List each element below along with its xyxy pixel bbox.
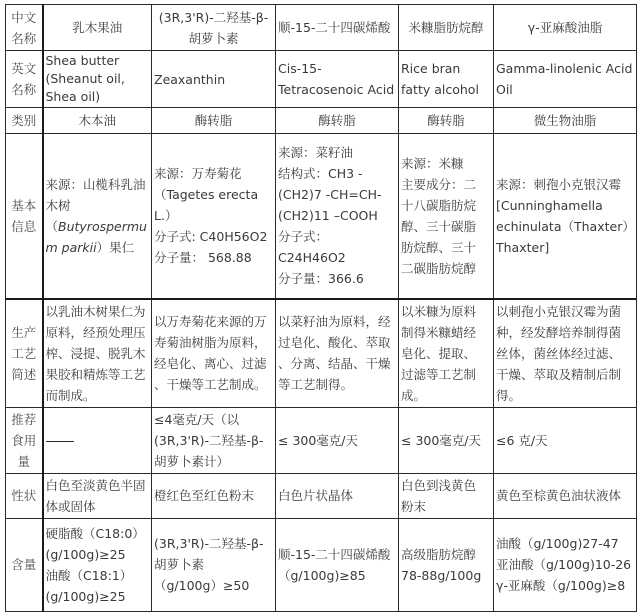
cell-line: 橙红色至红色粉末 [154, 485, 273, 506]
cell-line: 成。 [401, 385, 491, 406]
new-food-ingredients-table-wrapper: 中文 名称 乳木果油 (3R,3'R)-二羟基-β- 胡萝卜素 顺-15-二十四… [5, 4, 637, 604]
cell-gla-category: 微生物油脂 [494, 108, 637, 134]
cell-zeaxanthin-chinese-name: (3R,3'R)-二羟基-β- 胡萝卜素 [152, 5, 276, 51]
cell-line: 木树 [46, 195, 150, 216]
label-line: 名称 [7, 28, 41, 49]
cell-line: (3R,3'R)-二羟基-β- [154, 7, 273, 28]
row-basic-info: 基本 信息 来源：山榄科乳油 木树 （Butyrospermu m parkii… [6, 134, 637, 299]
row-label-process: 生产 工艺 简述 [6, 299, 43, 408]
cell-ricebran-process: 以米糠为原料 制得米糠蜡经 皂化、提取、 过滤等工艺制 成。 [399, 299, 494, 408]
row-english-name: 英文 名称 Shea butter (Sheanut oil, Shea oil… [6, 51, 637, 108]
cell-shea-basic-info: 来源：山榄科乳油 木树 （Butyrospermu m parkii）果仁 [43, 134, 152, 299]
cell-line: 十八碳脂肪烷 [401, 195, 491, 216]
cell-ricebran-basic-info: 来源：米糠 主要成分：二 十八碳脂肪烷 醇、三十碳脂 肪烷醇、三十 二碳脂肪烷醇 [399, 134, 494, 299]
cell-zeaxanthin-basic-info: 来源：万寿菊花 （Tagetes erecta L.） 分子式: C40H56O… [152, 134, 276, 299]
cell-line: (CH2)7 -CH=CH- [278, 184, 396, 205]
cell-line: 78-88g/100g [401, 565, 491, 586]
cell-line: (CH2)11 –COOH [278, 205, 396, 226]
cell-line: 果胶和精炼等工艺 [46, 364, 150, 385]
cell-line: 肪烷醇、三十 [401, 237, 491, 258]
cell-line: 分子量： 568.88 [154, 247, 273, 268]
cell-zeaxanthin-appearance: 橙红色至红色粉末 [152, 473, 276, 518]
label-line: 推荐 [7, 409, 41, 430]
cell-line: 油酸（g/100g)27-47 [496, 533, 634, 554]
cell-shea-content: 硬脂酸（C18:0） (g/100g)≥25 油酸（C18:1） (g/100g… [43, 518, 152, 604]
cell-line: 以乳油木树果仁为 [46, 301, 150, 322]
cell-ricebran-content: 高级脂肪烷醇 78-88g/100g [399, 518, 494, 604]
cell-line: 寿菊油树脂为原料， [154, 332, 273, 353]
cell-shea-category: 木本油 [43, 108, 152, 134]
cell-line: Gamma-linolenic Acid [496, 58, 634, 79]
cell-line: 高级脂肪烷醇 [401, 544, 491, 565]
cell-line: 分子式： [278, 226, 396, 247]
cell-line: 体或固体 [46, 496, 150, 517]
cell-line: ≤4毫克/天（以 [154, 409, 273, 430]
cell-line: 来源：米糠 [401, 153, 491, 174]
cell-ricebran-chinese-name: 米糠脂肪烷醇 [399, 5, 494, 51]
cell-line: 亚油酸（g/100g)10-26 [496, 554, 634, 575]
cell-ricebran-appearance: 白色到浅黄色 粉末 [399, 473, 494, 518]
cell-gla-content: 油酸（g/100g)27-47 亚油酸（g/100g)10-26 γ-亚麻酸（g… [494, 518, 637, 604]
label-line: 简述 [7, 364, 41, 385]
cell-line: C24H46O2 [278, 247, 396, 268]
cell-ricebran-dosage: ≤ 300毫克/天 [399, 407, 494, 473]
cell-shea-chinese-name: 乳木果油 [43, 5, 152, 51]
cell-line: 顺-15-二十四碳烯酸 [278, 17, 396, 38]
label-line: 名称 [7, 79, 41, 100]
cell-line: Thaxter] [496, 237, 634, 258]
cell-line: Cis-15- [278, 58, 396, 79]
cell-line: 、分离、结晶、干燥 [278, 353, 396, 374]
label-line: 英文 [7, 58, 41, 79]
cell-line: Shea oil) [46, 88, 150, 106]
paren-open: （ [46, 219, 59, 234]
cell-line: ≤ 300毫克/天 [401, 430, 491, 451]
cell-line: [Cunninghamella [496, 195, 634, 216]
latin-name-part: Butyrospermu [58, 219, 147, 234]
cell-line: 榨、浸提、脱乳木 [46, 343, 150, 364]
row-label-content: 含量 [6, 518, 43, 604]
cell-line: 来源：刺孢小克银汉霉 [496, 174, 634, 195]
cell-line: fatty alcohol [401, 79, 491, 100]
cell-line: 醇、三十碳脂 [401, 216, 491, 237]
cell-line: 经皂化、离心、过滤 [154, 353, 273, 374]
row-content: 含量 硬脂酸（C18:0） (g/100g)≥25 油酸（C18:1） (g/1… [6, 518, 637, 604]
cell-line: （g/100g)≥85 [278, 565, 396, 586]
cell-gla-english-name: Gamma-linolenic Acid Oil [494, 51, 637, 108]
cell-line: 原料，经预处理压 [46, 322, 150, 343]
row-dosage: 推荐 食用 量 ≤4毫克/天（以 (3R,3'R)-二羟基-β- 胡萝卜素计） … [6, 407, 637, 473]
cell-line: ≤6 克/天 [496, 430, 634, 451]
cell-line: (g/100g)≥25 [46, 544, 150, 565]
cell-gla-chinese-name: γ-亚麻酸油脂 [494, 5, 637, 51]
row-category: 类别 木本油 酶转脂 酶转脂 酶转脂 微生物油脂 [6, 108, 637, 134]
paren-close: ）果仁 [97, 240, 135, 255]
cell-shea-process: 以乳油木树果仁为 原料，经预处理压 榨、浸提、脱乳木 果胶和精炼等工艺 而制成。 [43, 299, 152, 408]
cell-line: 以刺孢小克银汉霉为菌 [496, 301, 634, 322]
cell-line: Zeaxanthin [154, 69, 273, 90]
cell-ricebran-category: 酶转脂 [399, 108, 494, 134]
cell-line: 油酸（C18:1） [46, 565, 150, 586]
label-line: 量 [7, 451, 41, 472]
cell-line: 等工艺制得。 [278, 374, 396, 395]
row-process: 生产 工艺 简述 以乳油木树果仁为 原料，经预处理压 榨、浸提、脱乳木 果胶和精… [6, 299, 637, 408]
cell-line: 来源：菜籽油 [278, 142, 396, 163]
cell-line: 胡萝卜素 [154, 28, 273, 49]
cell-line: 乳木果油 [46, 17, 150, 38]
label-line: 中文 [7, 7, 41, 28]
cell-line: 以菜籽油为原料，经 [278, 311, 396, 332]
cell-nervonic-appearance: 白色片状晶体 [276, 473, 399, 518]
cell-line: L.） [154, 205, 273, 226]
cell-line: Tetracosenoic Acid [278, 79, 396, 100]
cell-line: 黄色至棕黄色油状液体 [496, 485, 634, 506]
label-line: 工艺 [7, 343, 41, 364]
label-line: 生产 [7, 322, 41, 343]
cell-line: Oil [496, 79, 634, 100]
cell-nervonic-chinese-name: 顺-15-二十四碳烯酸 [276, 5, 399, 51]
not-applicable-dash [46, 441, 74, 442]
cell-line: 分子量：366.6 [278, 268, 396, 289]
row-chinese-name: 中文 名称 乳木果油 (3R,3'R)-二羟基-β- 胡萝卜素 顺-15-二十四… [6, 5, 637, 51]
row-label-basic-info: 基本 信息 [6, 134, 43, 299]
cell-nervonic-dosage: ≤ 300毫克/天 [276, 407, 399, 473]
cell-shea-english-name: Shea butter (Sheanut oil, Shea oil) [43, 51, 152, 108]
cell-line: m parkii）果仁 [46, 237, 150, 258]
cell-nervonic-basic-info: 来源：菜籽油 结构式：CH3 - (CH2)7 -CH=CH- (CH2)11 … [276, 134, 399, 299]
cell-line: 来源：万寿菊花 [154, 163, 273, 184]
cell-line: Rice bran [401, 58, 491, 79]
cell-line: 米糠脂肪烷醇 [401, 17, 491, 38]
cell-zeaxanthin-dosage: ≤4毫克/天（以 (3R,3'R)-二羟基-β- 胡萝卜素计） [152, 407, 276, 473]
cell-zeaxanthin-content: (3R,3'R)-二羟基-β- 胡萝卜素 （g/100g）≥50 [152, 518, 276, 604]
label-line: 基本 [7, 195, 41, 216]
cell-gla-dosage: ≤6 克/天 [494, 407, 637, 473]
cell-line: （Tagetes erecta [154, 184, 273, 205]
cell-line: 胡萝卜素计） [154, 451, 273, 472]
cell-line: 粉末 [401, 496, 491, 517]
cell-line: 以米糠为原料 [401, 301, 491, 322]
cell-line: 胡萝卜素 [154, 554, 273, 575]
cell-zeaxanthin-english-name: Zeaxanthin [152, 51, 276, 108]
cell-shea-dosage [43, 407, 152, 473]
label-line: 食用 [7, 430, 41, 451]
cell-line: （Butyrospermu [46, 216, 150, 237]
cell-line: 主要成分：二 [401, 174, 491, 195]
cell-line: 分子式: C40H56O2 [154, 226, 273, 247]
row-label-category: 类别 [6, 108, 43, 134]
cell-zeaxanthin-process: 以万寿菊花来源的万 寿菊油树脂为原料， 经皂化、离心、过滤 、干燥等工艺制成。 [152, 299, 276, 408]
label-line: 信息 [7, 216, 41, 237]
cell-line: 白色到浅黄色 [401, 475, 491, 496]
cell-gla-process: 以刺孢小克银汉霉为菌 种，经发酵培养制得菌 丝体，菌丝体经过滤、 干燥、萃取及精… [494, 299, 637, 408]
cell-line: 硬脂酸（C18:0） [46, 523, 150, 544]
cell-line: 过滤等工艺制 [401, 364, 491, 385]
new-food-ingredients-table: 中文 名称 乳木果油 (3R,3'R)-二羟基-β- 胡萝卜素 顺-15-二十四… [5, 4, 637, 604]
cell-line: 得。 [496, 385, 634, 406]
cell-line: (3R,3'R)-二羟基-β- [154, 430, 273, 451]
cell-shea-appearance: 白色至淡黄色半固 体或固体 [43, 473, 152, 518]
cell-line: （g/100g）≥50 [154, 575, 273, 596]
cell-line: 、干燥等工艺制成。 [154, 374, 273, 395]
cell-line: 干燥、萃取及精制后制 [496, 364, 634, 385]
cell-nervonic-category: 酶转脂 [276, 108, 399, 134]
latin-name-part: m parkii [46, 240, 97, 255]
cell-line: γ-亚麻酸油脂 [496, 17, 634, 38]
cell-line: 过皂化、酸化、萃取 [278, 332, 396, 353]
cell-line: 二碳脂肪烷醇 [401, 258, 491, 279]
cell-line: (g/100g)≥25 [46, 586, 150, 605]
cell-line: 丝体，菌丝体经过滤、 [496, 343, 634, 364]
cell-ricebran-english-name: Rice bran fatty alcohol [399, 51, 494, 108]
cell-line: ≤ 300毫克/天 [278, 430, 396, 451]
cell-line: (3R,3'R)-二羟基-β- [154, 533, 273, 554]
cell-gla-basic-info: 来源：刺孢小克银汉霉 [Cunninghamella echinulata（Th… [494, 134, 637, 299]
cell-line: 白色片状晶体 [278, 485, 396, 506]
cell-line: 皂化、提取、 [401, 343, 491, 364]
cell-line: 以万寿菊花来源的万 [154, 311, 273, 332]
cell-line: 种，经发酵培养制得菌 [496, 322, 634, 343]
cell-line: 而制成。 [46, 385, 150, 406]
cell-line: 来源：山榄科乳油 [46, 174, 150, 195]
cell-gla-appearance: 黄色至棕黄色油状液体 [494, 473, 637, 518]
cell-line: echinulata（Thaxter） [496, 216, 634, 237]
row-appearance: 性状 白色至淡黄色半固 体或固体 橙红色至红色粉末 白色片状晶体 白色到浅黄色 … [6, 473, 637, 518]
cell-line: 顺-15-二十四碳烯酸 [278, 544, 396, 565]
cell-nervonic-english-name: Cis-15- Tetracosenoic Acid [276, 51, 399, 108]
cell-nervonic-content: 顺-15-二十四碳烯酸 （g/100g)≥85 [276, 518, 399, 604]
row-label-appearance: 性状 [6, 473, 43, 518]
row-label-english-name: 英文 名称 [6, 51, 43, 108]
cell-line: 制得米糠蜡经 [401, 322, 491, 343]
cell-line: 结构式：CH3 - [278, 163, 396, 184]
cell-line: Shea butter [46, 52, 150, 70]
cell-zeaxanthin-category: 酶转脂 [152, 108, 276, 134]
cell-line: γ-亚麻酸（g/100g)≥8 [496, 575, 634, 596]
cell-line: (Sheanut oil, [46, 70, 150, 88]
cell-line: 白色至淡黄色半固 [46, 475, 150, 496]
row-label-dosage: 推荐 食用 量 [6, 407, 43, 473]
cell-nervonic-process: 以菜籽油为原料，经 过皂化、酸化、萃取 、分离、结晶、干燥 等工艺制得。 [276, 299, 399, 408]
row-label-chinese-name: 中文 名称 [6, 5, 43, 51]
